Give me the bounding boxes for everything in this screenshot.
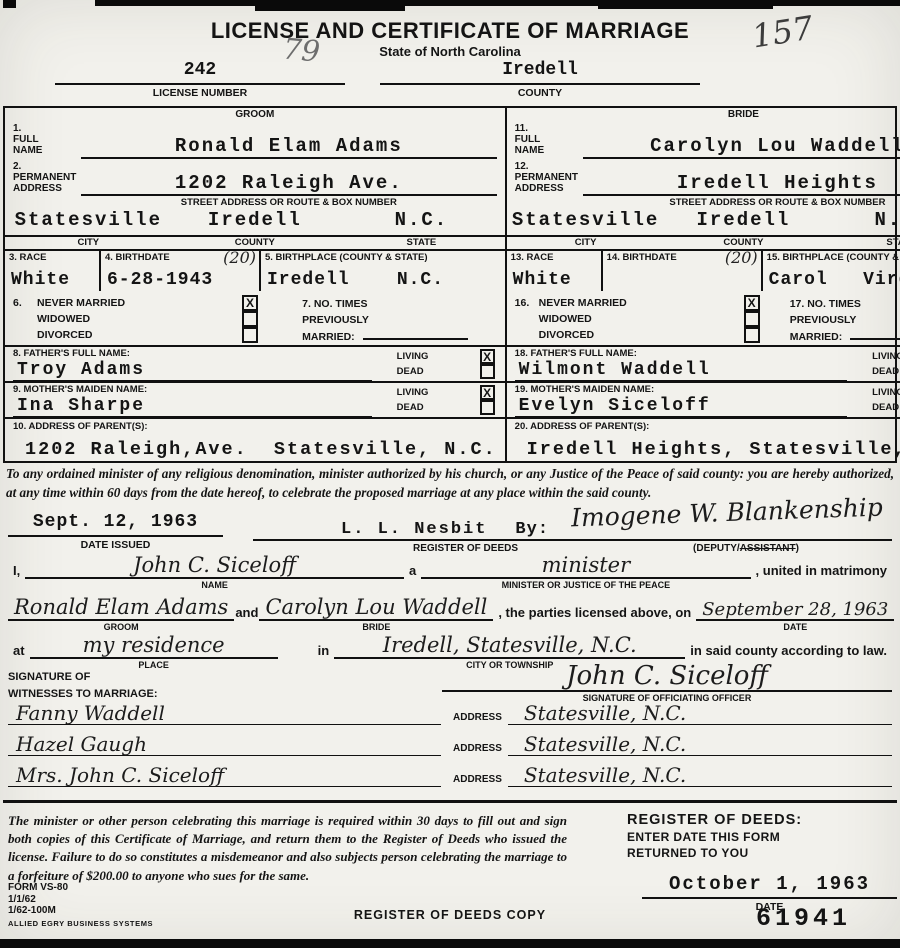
bride-parents-address-label: 20. ADDRESS OF PARENT(S):	[515, 421, 900, 432]
license-number-row: 242 LICENSE NUMBER Iredell COUNTY	[0, 60, 900, 99]
marriage-certificate-scan: LICENSE AND CERTIFICATE OF MARRIAGE Stat…	[0, 0, 900, 948]
date-issued-value: Sept. 12, 1963	[8, 512, 223, 537]
times-married-blank	[850, 338, 900, 340]
according-to-law-text: in said county according to law.	[685, 643, 892, 658]
groom-county-value: Iredell	[172, 209, 339, 235]
scan-artifact-bottom-bar	[0, 939, 900, 948]
bride-race-birth-row: 13. RACE White 14. BIRTHDATE (20) 15. BI…	[507, 249, 900, 291]
never-married-label: NEVER MARRIED	[539, 297, 627, 309]
place-value: my residence	[30, 636, 278, 659]
bride-parents-address-value: Iredell Heights, Statesville, N.C.	[515, 439, 900, 460]
groom-mother-row: 9. MOTHER'S MAIDEN NAME: Ina Sharpe LIVI…	[5, 381, 505, 417]
city-label: CITY	[5, 237, 172, 249]
groom-state-value: N.C.	[338, 209, 505, 235]
widowed-checkbox	[242, 311, 258, 327]
father-dead-checkbox	[480, 364, 495, 379]
bride-address-row: 12. PERMANENT ADDRESS Iredell Heights ST…	[507, 159, 900, 209]
groom-address-value: 1202 Raleigh Ave.	[81, 159, 497, 196]
widowed-checkbox	[744, 311, 760, 327]
groom-race-birth-row: 3. RACE White 4. BIRTHDATE (20) 6-28-194…	[5, 249, 505, 291]
marriage-date-value: September 28, 1963	[696, 601, 894, 621]
father-living-checkbox: X	[480, 349, 495, 364]
officiant-name-value: John C. Siceloff	[25, 556, 404, 579]
officiant-name-field: John C. Siceloff NAME	[25, 556, 404, 591]
officiant-title-value: minister	[421, 556, 750, 579]
witness-name: Mrs. John C. Siceloff	[8, 764, 441, 787]
officiating-officer-field: John C. Siceloff SIGNATURE OF OFFICIATIN…	[442, 664, 892, 704]
bride-county-value: Iredell	[665, 209, 823, 235]
address-label: ADDRESS	[453, 774, 502, 785]
mother-living-checkbox: X	[480, 385, 495, 400]
witness-row: Hazel Gaugh ADDRESS Statesville, N.C.	[8, 733, 892, 756]
bride-birthplace-label: 15. BIRTHPLACE (COUNTY & STATE)	[767, 252, 900, 263]
witness-row: Fanny Waddell ADDRESS Statesville, N.C.	[8, 702, 892, 725]
date-label: DATE	[696, 621, 894, 633]
bride-city-value: Statesville	[507, 209, 665, 235]
bride-full-name-label: 11. FULL NAME	[515, 121, 583, 159]
by-label: By:	[515, 520, 549, 539]
signatures-row: SIGNATURE OF WITNESSES TO MARRIAGE: John…	[8, 664, 892, 704]
issue-row: Sept. 12, 1963 DATE ISSUED L. L. Nesbit …	[8, 512, 892, 554]
bride-state-value: N.C.	[822, 209, 900, 235]
groom-city-county-state-values: Statesville Iredell N.C.	[5, 209, 505, 237]
groom-father-row: 8. FATHER'S FULL NAME: Troy Adams LIVING…	[5, 345, 505, 381]
at-label: at	[8, 643, 30, 658]
bride-mother-row: 19. MOTHER'S MAIDEN NAME: Evelyn Sicelof…	[507, 381, 900, 417]
address-label: ADDRESS	[453, 712, 502, 723]
bride-section-header: BRIDE	[507, 108, 900, 121]
groom-section-header: GROOM	[5, 108, 505, 121]
living-label: LIVING	[872, 351, 900, 362]
groom-address-row: 2. PERMANENT ADDRESS 1202 Raleigh Ave. S…	[5, 159, 505, 209]
marital-item-number: 6.	[13, 297, 37, 309]
groom-full-name-value: Ronald Elam Adams	[81, 121, 497, 159]
bride-times-married: 17. NO. TIMES PREVIOUSLY MARRIED:	[762, 295, 900, 343]
bride-race-label: 13. RACE	[511, 252, 597, 263]
witness-name: Hazel Gaugh	[8, 733, 441, 756]
groom-father-value: Troy Adams	[13, 359, 372, 381]
deputy-assistant-label: (DEPUTY/ASSISTANT)	[693, 543, 799, 554]
scan-artifact-top-bar	[255, 0, 405, 11]
bride-marital-status-row: 16. NEVER MARRIED X WIDOWED DIVORCED 17.…	[507, 291, 900, 345]
register-of-deeds-label: REGISTER OF DEEDS	[413, 543, 518, 554]
marriage-date-field: September 28, 1963 DATE	[696, 598, 894, 633]
groom-race-value: White	[9, 263, 95, 290]
bride-signature-field: Carolyn Lou Waddell BRIDE	[259, 598, 493, 633]
bride-father-label: 18. FATHER'S FULL NAME:	[515, 348, 872, 359]
officiant-line: I, John C. Siceloff NAME a minister MINI…	[8, 556, 892, 591]
never-married-checkbox: X	[242, 295, 258, 311]
groom-race-label: 3. RACE	[9, 252, 95, 263]
never-married-checkbox: X	[744, 295, 760, 311]
bride-address-label: 12. PERMANENT ADDRESS	[515, 159, 583, 209]
groom-signature-field: Ronald Elam Adams GROOM	[8, 598, 234, 633]
times-married-blank	[363, 338, 468, 340]
bride-city-county-state-values: Statesville Iredell N.C.	[507, 209, 900, 237]
dead-label: DEAD	[397, 366, 424, 377]
groom-mother-label: 9. MOTHER'S MAIDEN NAME:	[13, 384, 397, 395]
register-of-deeds-name: L. L. Nesbit	[341, 520, 487, 539]
form-number: FORM VS-80	[8, 882, 153, 894]
parties-table: GROOM 1. FULL NAME Ronald Elam Adams 2. …	[3, 106, 897, 463]
bride-father-row: 18. FATHER'S FULL NAME: Wilmont Waddell …	[507, 345, 900, 381]
county-field: Iredell COUNTY	[380, 60, 700, 99]
address-label: ADDRESS	[453, 743, 502, 754]
bride-mother-value: Evelyn Siceloff	[515, 395, 847, 417]
minister-or-justice-label: MINISTER OR JUSTICE OF THE PEACE	[421, 579, 750, 591]
license-number-field: 242 LICENSE NUMBER	[55, 60, 345, 99]
divorced-checkbox	[744, 327, 760, 343]
bride-mother-label: 19. MOTHER'S MAIDEN NAME:	[515, 384, 872, 395]
form-date: 1/1/62	[8, 894, 153, 906]
street-address-sublabel: STREET ADDRESS OR ROUTE & BOX NUMBER	[81, 196, 497, 209]
groom-parents-address-label: 10. ADDRESS OF PARENT(S):	[13, 421, 497, 432]
groom-name-handwritten: Ronald Elam Adams	[8, 598, 234, 621]
county-label: COUNTY	[380, 85, 700, 99]
officiating-officer-signature: John C. Siceloff	[442, 664, 892, 692]
date-issued-field: Sept. 12, 1963 DATE ISSUED	[8, 512, 223, 554]
united-in-matrimony-text: , united in matrimony	[751, 563, 892, 578]
groom-marital-status-row: 6. NEVER MARRIED X WIDOWED DIVORCED 7. N…	[5, 291, 505, 345]
name-label: NAME	[25, 579, 404, 591]
witness-name: Fanny Waddell	[8, 702, 441, 725]
parties-licensed-text: , the parties licensed above, on	[493, 605, 696, 620]
scan-artifact-top-bar	[598, 0, 773, 9]
mother-dead-checkbox	[480, 400, 495, 415]
in-label: in	[278, 643, 335, 658]
bride-parents-address-row: 20. ADDRESS OF PARENT(S): Iredell Height…	[507, 417, 900, 461]
widowed-label: WIDOWED	[539, 313, 592, 325]
serial-number: 61941	[756, 904, 851, 933]
city-label: CITY	[507, 237, 665, 249]
witnesses-heading: SIGNATURE OF WITNESSES TO MARRIAGE:	[8, 669, 158, 704]
date-issued-label: DATE ISSUED	[8, 537, 223, 551]
a-label: a	[404, 563, 421, 578]
groom-label: GROOM	[8, 621, 234, 633]
widowed-label: WIDOWED	[37, 313, 90, 325]
groom-mother-value: Ina Sharpe	[13, 395, 372, 417]
groom-father-label: 8. FATHER'S FULL NAME:	[13, 348, 397, 359]
register-of-deeds-heading: REGISTER OF DEEDS:	[627, 812, 897, 828]
living-label: LIVING	[397, 351, 429, 362]
bride-address-value: Iredell Heights	[583, 159, 900, 196]
divorced-checkbox	[242, 327, 258, 343]
returned-date-value: October 1, 1963	[642, 873, 897, 899]
parties-line: Ronald Elam Adams GROOM and Carolyn Lou …	[8, 598, 892, 633]
groom-address-label: 2. PERMANENT ADDRESS	[13, 159, 81, 209]
witness-address: Statesville, N.C.	[508, 764, 892, 787]
groom-full-name-label: 1. FULL NAME	[13, 121, 81, 159]
license-number-label: LICENSE NUMBER	[55, 85, 345, 99]
bride-birthdate-value	[607, 263, 757, 290]
groom-city-value: Statesville	[5, 209, 172, 235]
groom-times-married: 7. NO. TIMES PREVIOUSLY MARRIED:	[274, 295, 497, 343]
living-label: LIVING	[397, 387, 429, 398]
living-label: LIVING	[872, 387, 900, 398]
groom-birthplace-value: Iredell N.C.	[265, 263, 501, 290]
witness-row: Mrs. John C. Siceloff ADDRESS Statesvill…	[8, 764, 892, 787]
bride-birthplace-value: Carol Virginia	[767, 263, 900, 290]
city-township-value: Iredell, Statesville, N.C.	[334, 636, 685, 659]
and-label: and	[234, 605, 259, 620]
groom-birthplace-label: 5. BIRTHPLACE (COUNTY & STATE)	[265, 252, 501, 263]
bride-column: BRIDE 11. FULL NAME Carolyn Lou Waddell …	[507, 108, 900, 461]
groom-parents-address-row: 10. ADDRESS OF PARENT(S): 1202 Raleigh,A…	[5, 417, 505, 461]
register-return-box: REGISTER OF DEEDS: ENTER DATE THIS FORM …	[567, 812, 897, 913]
bride-name-handwritten: Carolyn Lou Waddell	[259, 598, 493, 621]
bride-race-value: White	[511, 263, 597, 290]
dead-label: DEAD	[872, 366, 899, 377]
divorced-label: DIVORCED	[539, 329, 594, 341]
license-number-value: 242	[55, 60, 345, 85]
officiant-title-field: minister MINISTER OR JUSTICE OF THE PEAC…	[421, 556, 750, 591]
scan-artifact-square	[3, 0, 16, 8]
groom-birthdate-value: 6-28-1943	[105, 263, 255, 290]
register-of-deeds-line: L. L. Nesbit By: Imogene W. Blankenship …	[253, 512, 892, 554]
county-value: Iredell	[380, 60, 700, 85]
groom-age-annotation: (20)	[223, 248, 256, 267]
never-married-label: NEVER MARRIED	[37, 297, 125, 309]
dead-label: DEAD	[872, 402, 899, 413]
i-label: I,	[8, 563, 25, 578]
groom-full-name-row: 1. FULL NAME Ronald Elam Adams	[5, 121, 505, 159]
state-label: STATE	[338, 237, 505, 249]
divorced-label: DIVORCED	[37, 329, 92, 341]
groom-column: GROOM 1. FULL NAME Ronald Elam Adams 2. …	[5, 108, 507, 461]
bride-label: BRIDE	[259, 621, 493, 633]
marital-item-number: 16.	[515, 297, 539, 309]
scan-artifact-top-bar	[95, 0, 900, 6]
state-label: STATE	[822, 237, 900, 249]
witness-address: Statesville, N.C.	[508, 702, 892, 725]
bride-age-annotation: (20)	[725, 248, 758, 267]
bride-full-name-row: 11. FULL NAME Carolyn Lou Waddell	[507, 121, 900, 159]
bride-father-value: Wilmont Waddell	[515, 359, 847, 381]
street-address-sublabel: STREET ADDRESS OR ROUTE & BOX NUMBER	[583, 196, 900, 209]
dead-label: DEAD	[397, 402, 424, 413]
witness-address: Statesville, N.C.	[508, 733, 892, 756]
groom-parents-address-value: 1202 Raleigh,Ave. Statesville, N.C.	[13, 439, 497, 460]
bride-full-name-value: Carolyn Lou Waddell	[583, 121, 900, 159]
